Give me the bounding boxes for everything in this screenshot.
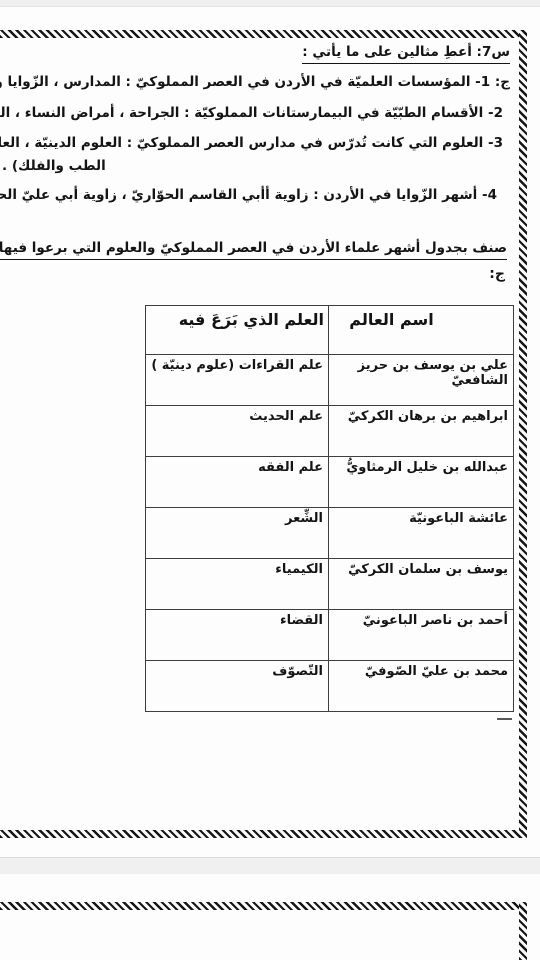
answer-item-3: 3- العلوم التي كانت تُدرّس في مدارس العص… bbox=[0, 135, 503, 152]
document-page-2 bbox=[0, 874, 540, 960]
table-row: عبدالله بن خليل الرمثاويُّ علم الفقه bbox=[146, 457, 514, 508]
answer-label: ج: bbox=[489, 266, 505, 284]
scholar-name-cell: يوسف بن سلمان الكركيّ bbox=[329, 559, 514, 610]
answer-item-3-continuation: الطب والفلك) . bbox=[2, 158, 106, 175]
next-page-border-top bbox=[0, 902, 527, 910]
decorative-border-bottom bbox=[0, 830, 527, 838]
science-cell: علم القراءات (علوم دينيّة ) bbox=[146, 355, 329, 406]
stray-dash-mark bbox=[497, 718, 512, 720]
science-cell: القضاء bbox=[146, 610, 329, 661]
science-cell: علم الحديث bbox=[146, 406, 329, 457]
answer-item-2: 2- الأقسام الطبّيّة في البيمارستانات الم… bbox=[0, 105, 503, 122]
table-row: عائشة الباعونيّة الشِّعر bbox=[146, 508, 514, 559]
table-row: ابراهيم بن برهان الكركيّ علم الحديث bbox=[146, 406, 514, 457]
science-cell: الشِّعر bbox=[146, 508, 329, 559]
column-header-scholar-name: اسم العالم bbox=[329, 306, 514, 355]
answer-item-4: 4- أشهر الزّوايا في الأردن : زاوية أأبي … bbox=[0, 187, 497, 204]
science-cell: التّصوّف bbox=[146, 661, 329, 712]
document-viewport[interactable]: { "colors": { "ink": "#141414", "page_ba… bbox=[0, 0, 540, 960]
science-cell: علم الفقه bbox=[146, 457, 329, 508]
scholar-name-cell: محمد بن عليّ الصّوفيّ bbox=[329, 661, 514, 712]
science-cell: الكيمياء bbox=[146, 559, 329, 610]
question-7-heading: س7: أعطِ مثالين على ما يأتي : bbox=[302, 44, 510, 64]
decorative-border-top bbox=[0, 30, 527, 38]
answer-item-1: ج: 1- المؤسسات العلميّة في الأردن في الع… bbox=[0, 74, 510, 91]
scholars-table: اسم العالم العلم الذي بَرَعَ فيه علي بن … bbox=[145, 305, 514, 712]
scholar-name-cell: علي بن يوسف بن حريز الشافعيّ bbox=[329, 355, 514, 406]
next-page-border-right bbox=[519, 902, 527, 960]
table-row: محمد بن عليّ الصّوفيّ التّصوّف bbox=[146, 661, 514, 712]
scan-gutter-top bbox=[0, 0, 540, 7]
table-row: أحمد بن ناصر الباعونيّ القضاء bbox=[146, 610, 514, 661]
scholar-name-cell: أحمد بن ناصر الباعونيّ bbox=[329, 610, 514, 661]
table-row: علي بن يوسف بن حريز الشافعيّ علم القراءا… bbox=[146, 355, 514, 406]
table-header-row: اسم العالم العلم الذي بَرَعَ فيه bbox=[146, 306, 514, 355]
decorative-border-right bbox=[519, 30, 527, 838]
scholar-name-cell: ابراهيم بن برهان الكركيّ bbox=[329, 406, 514, 457]
scan-gutter-separator bbox=[0, 857, 540, 875]
table-classification-prompt: صنف بجدول أشهر علماء الأردن في العصر الم… bbox=[0, 240, 507, 260]
table-row: يوسف بن سلمان الكركيّ الكيمياء bbox=[146, 559, 514, 610]
scholar-name-cell: عبدالله بن خليل الرمثاويُّ bbox=[329, 457, 514, 508]
scholar-name-cell: عائشة الباعونيّة bbox=[329, 508, 514, 559]
column-header-science: العلم الذي بَرَعَ فيه bbox=[146, 306, 329, 355]
